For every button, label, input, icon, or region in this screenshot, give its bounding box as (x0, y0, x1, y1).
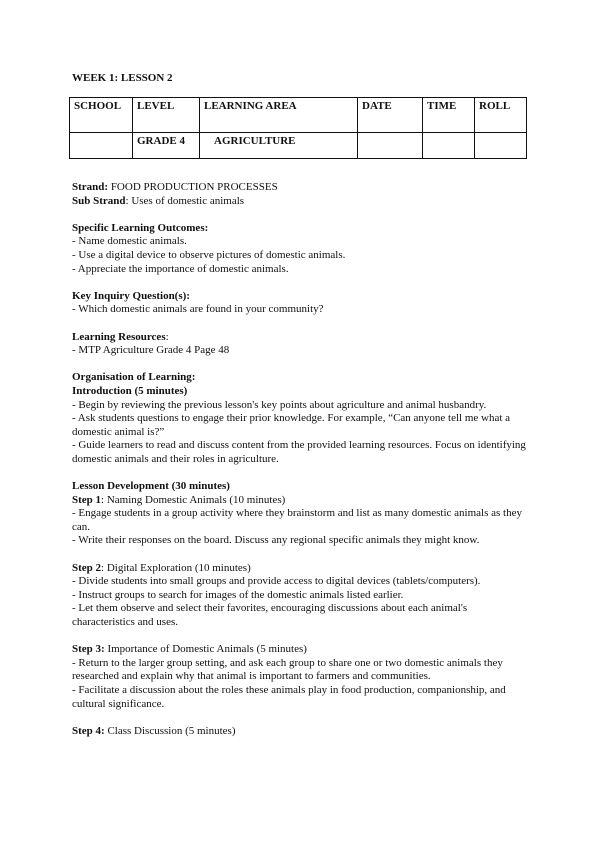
intro-item: - Guide learners to read and discuss con… (72, 439, 532, 466)
value-roll (475, 133, 527, 159)
lesson-title: WEEK 1: LESSON 2 (72, 72, 173, 86)
header-level: LEVEL (133, 98, 200, 133)
organisation-heading: Organisation of Learning: (72, 371, 532, 385)
strand-section: Strand: FOOD PRODUCTION PROCESSES Sub St… (72, 181, 532, 208)
value-level: GRADE 4 (133, 133, 200, 159)
outcome-item: - Use a digital device to observe pictur… (72, 249, 532, 263)
inquiry-item: - Which domestic animals are found in yo… (72, 303, 532, 317)
lesson-body: Strand: FOOD PRODUCTION PROCESSES Sub St… (72, 181, 532, 752)
resources-colon: : (166, 331, 169, 343)
table-value-row: GRADE 4 AGRICULTURE (70, 133, 527, 159)
step-4-title: Class Discussion (5 minutes) (105, 725, 236, 737)
strand-line: Strand: FOOD PRODUCTION PROCESSES (72, 181, 532, 195)
step-2-item: - Let them observe and select their favo… (72, 602, 532, 629)
step-1-section: Lesson Development (30 minutes) Step 1: … (72, 480, 532, 548)
sub-strand-value: : Uses of domestic animals (126, 195, 245, 207)
resources-section: Learning Resources: - MTP Agriculture Gr… (72, 331, 532, 358)
outcome-item: - Appreciate the importance of domestic … (72, 263, 532, 277)
intro-item: - Ask students questions to engage their… (72, 412, 532, 439)
step-2-title: : Digital Exploration (10 minutes) (101, 562, 251, 574)
step-1-label: Step 1 (72, 494, 101, 506)
organisation-section: Organisation of Learning: Introduction (… (72, 371, 532, 466)
step-3-section: Step 3: Importance of Domestic Animals (… (72, 643, 532, 711)
inquiry-heading: Key Inquiry Question(s): (72, 290, 532, 304)
header-date: DATE (358, 98, 423, 133)
step-3-title-line: Step 3: Importance of Domestic Animals (… (72, 643, 532, 657)
step-4-title-line: Step 4: Class Discussion (5 minutes) (72, 725, 532, 739)
step-2-section: Step 2: Digital Exploration (10 minutes)… (72, 562, 532, 630)
intro-item: - Begin by reviewing the previous lesson… (72, 399, 532, 413)
step-1-title-line: Step 1: Naming Domestic Animals (10 minu… (72, 494, 532, 508)
strand-value: FOOD PRODUCTION PROCESSES (108, 181, 278, 193)
value-date (358, 133, 423, 159)
introduction-heading: Introduction (5 minutes) (72, 385, 532, 399)
step-3-title: Importance of Domestic Animals (5 minute… (105, 643, 307, 655)
outcomes-heading: Specific Learning Outcomes: (72, 222, 532, 236)
header-roll: ROLL (475, 98, 527, 133)
resources-heading-line: Learning Resources: (72, 331, 532, 345)
step-3-label: Step 3: (72, 643, 105, 655)
value-school (70, 133, 133, 159)
resources-heading: Learning Resources (72, 331, 166, 343)
development-heading: Lesson Development (30 minutes) (72, 480, 532, 494)
resource-item: - MTP Agriculture Grade 4 Page 48 (72, 344, 532, 358)
header-time: TIME (423, 98, 475, 133)
outcomes-section: Specific Learning Outcomes: - Name domes… (72, 222, 532, 276)
step-1-item: - Engage students in a group activity wh… (72, 507, 532, 534)
step-1-title: : Naming Domestic Animals (10 minutes) (101, 494, 285, 506)
step-2-label: Step 2 (72, 562, 101, 574)
step-4-label: Step 4: (72, 725, 105, 737)
header-school: SCHOOL (70, 98, 133, 133)
outcome-item: - Name domestic animals. (72, 235, 532, 249)
value-learning-area: AGRICULTURE (200, 133, 358, 159)
step-2-title-line: Step 2: Digital Exploration (10 minutes) (72, 562, 532, 576)
header-learning-area: LEARNING AREA (200, 98, 358, 133)
inquiry-section: Key Inquiry Question(s): - Which domesti… (72, 290, 532, 317)
sub-strand-line: Sub Strand: Uses of domestic animals (72, 195, 532, 209)
lesson-info-table: SCHOOL LEVEL LEARNING AREA DATE TIME ROL… (69, 97, 527, 159)
strand-label: Strand: (72, 181, 108, 193)
step-4-section: Step 4: Class Discussion (5 minutes) (72, 725, 532, 739)
step-2-item: - Instruct groups to search for images o… (72, 589, 532, 603)
step-1-item: - Write their responses on the board. Di… (72, 534, 532, 548)
sub-strand-label: Sub Strand (72, 195, 126, 207)
step-3-item: - Return to the larger group setting, an… (72, 657, 532, 684)
value-time (423, 133, 475, 159)
table-header-row: SCHOOL LEVEL LEARNING AREA DATE TIME ROL… (70, 98, 527, 133)
step-2-item: - Divide students into small groups and … (72, 575, 532, 589)
step-3-item: - Facilitate a discussion about the role… (72, 684, 532, 711)
